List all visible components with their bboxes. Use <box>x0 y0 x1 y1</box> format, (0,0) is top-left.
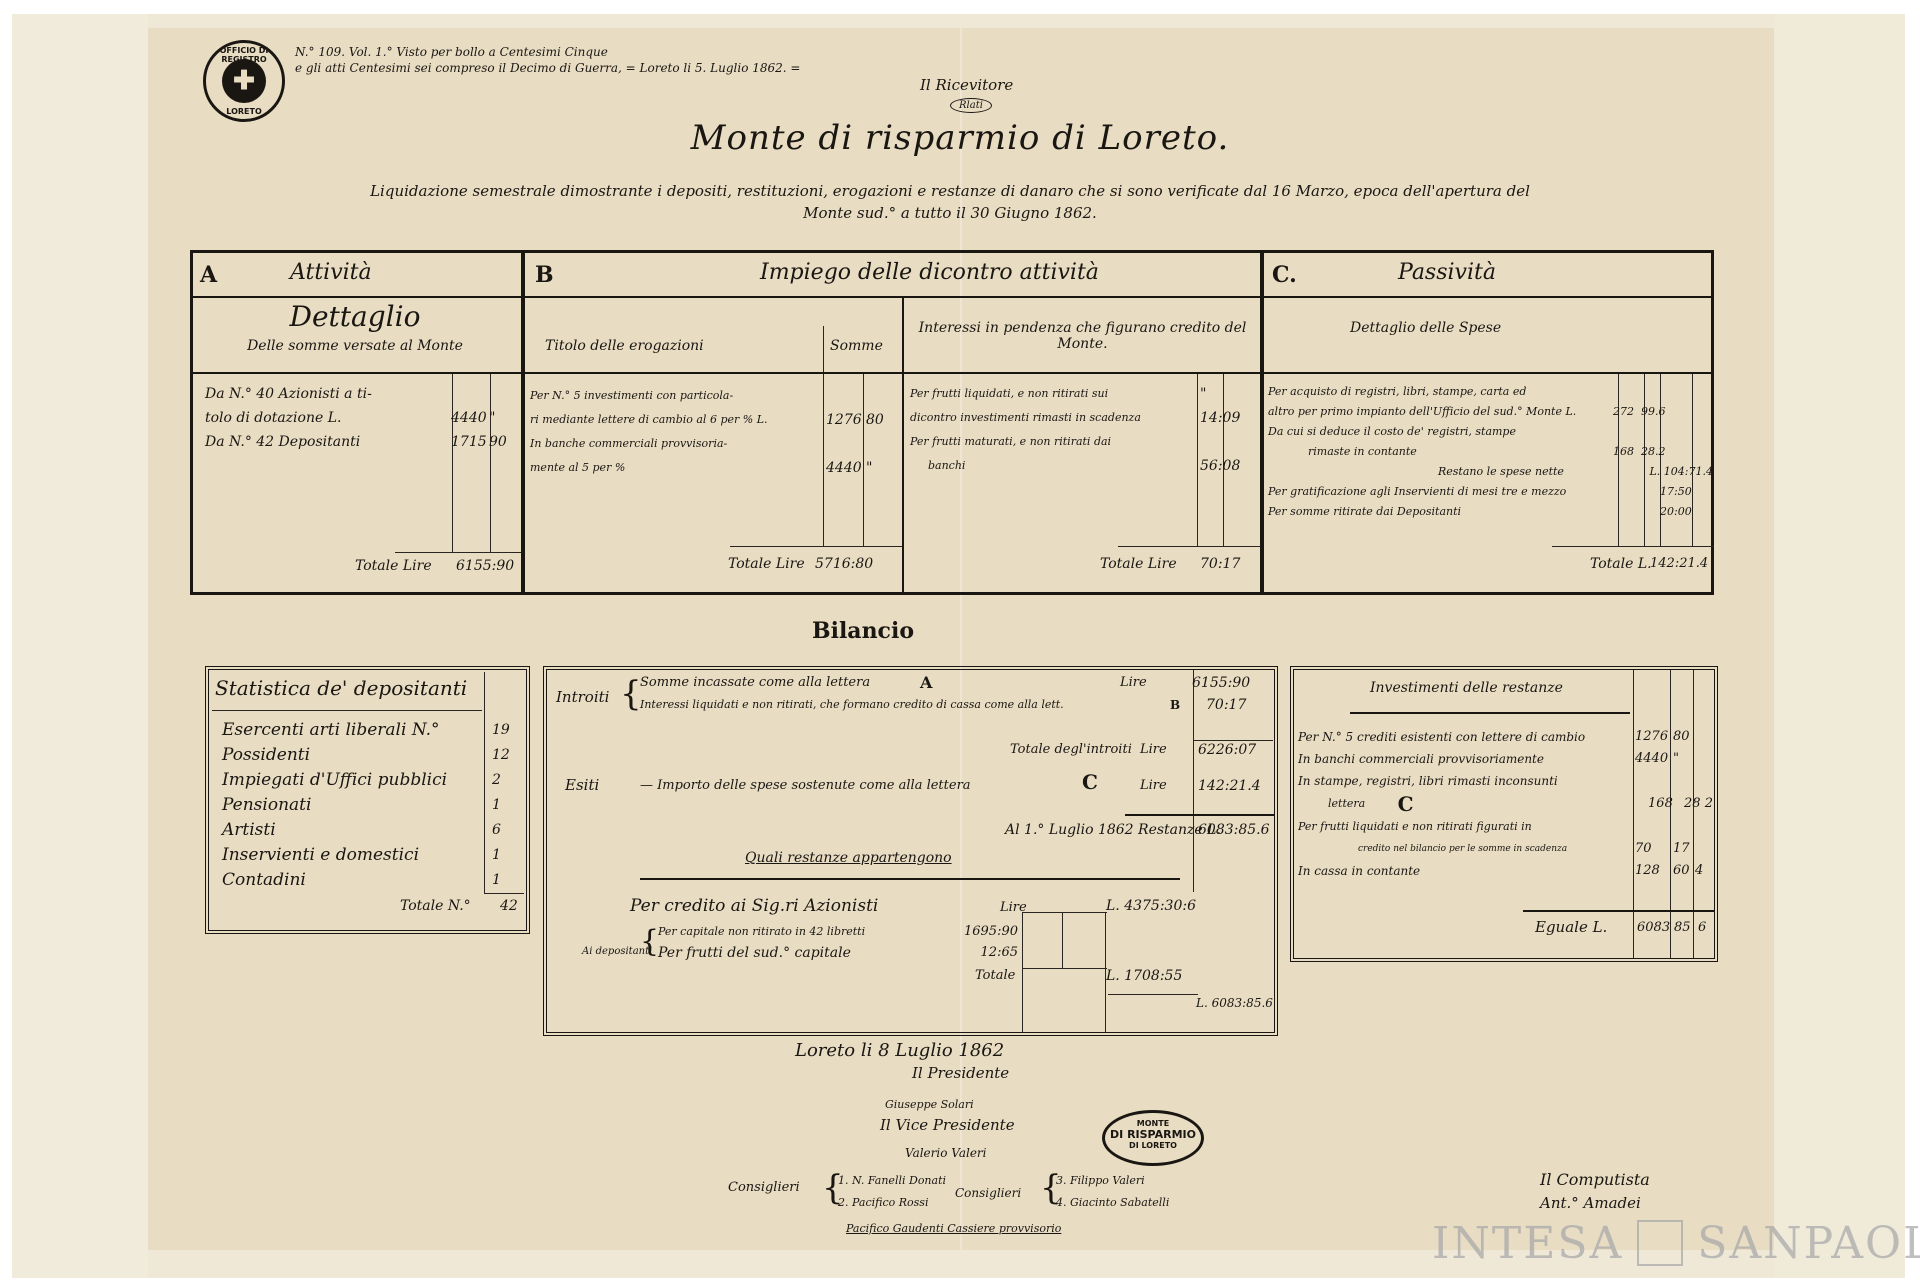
section-a-total-value: 6155:90 <box>456 558 514 574</box>
stamp-ring-bottom: LORETO <box>206 107 282 116</box>
section-c-title: Passività <box>1398 260 1496 285</box>
restanze-value: 6083:85.6 <box>1198 822 1270 838</box>
registry-note-line2: e gli atti Centesimi sei compreso il Dec… <box>295 60 1055 76</box>
investimenti-rows: Per N.° 5 crediti esistenti con lettere … <box>1298 726 1713 882</box>
bilancio-introiti-rule <box>1193 740 1273 741</box>
appartengono-rule <box>640 878 1180 880</box>
depositanti-brace: { <box>640 922 659 962</box>
registry-note: N.° 109. Vol. 1.° Visto per bollo a Cent… <box>295 44 1055 76</box>
section-b-interessi-total-value: 70:17 <box>1200 556 1240 572</box>
totale-introiti-value: 6226:07 <box>1198 742 1256 758</box>
statistica-total-value: 42 <box>500 898 518 914</box>
section-a-subheading: Delle somme versate al Monte <box>190 338 520 354</box>
b-interessi-total-rule <box>1118 546 1260 547</box>
statistica-total-label: Totale N.° <box>400 898 471 914</box>
registry-note-line1: N.° 109. Vol. 1.° Visto per bollo a Cent… <box>295 44 1055 60</box>
consiglieri-right-label: Consiglieri <box>955 1186 1021 1200</box>
section-b-letter: B <box>535 262 554 288</box>
table-row: Per frutti liquidati e non ritirati figu… <box>1298 816 1713 838</box>
table-row: Per N.° 5 crediti esistenti con lettere … <box>1298 726 1713 748</box>
esiti-text: — Importo delle spese sostenute come all… <box>640 778 971 793</box>
presidente-name: Giuseppe Solari <box>885 1098 974 1111</box>
table-row: Per N.° 5 investimenti con particola- <box>530 384 900 408</box>
section-b-erogazioni-total-value: 5716:80 <box>815 556 873 572</box>
monte-stamp-line3: DI LORETO <box>1105 1141 1201 1150</box>
esiti-unit: Lire <box>1140 778 1167 793</box>
statistica-total-rule <box>484 893 524 894</box>
section-b-col2-head: Somme <box>830 338 883 354</box>
investimenti-total-a: 6083 <box>1637 920 1670 935</box>
table-row: Da N.° 42 Depositanti 1715 90 <box>205 430 515 454</box>
table-row: credito nel bilancio per le somme in sca… <box>1298 838 1713 860</box>
section-c-letter: C. <box>1272 262 1297 288</box>
table-row: Possidenti12 <box>222 743 522 768</box>
section-a-rows: Da N.° 40 Azionisti a ti- tolo di dotazi… <box>205 382 515 454</box>
table-row: Artisti6 <box>222 818 522 843</box>
depositanti-rule-1 <box>1022 912 1023 1032</box>
section-c-total-value: 142:21.4 <box>1650 556 1708 571</box>
watermark-right: SANPAOLO <box>1697 1218 1920 1269</box>
table-row: Per acquisto di registri, libri, stampe,… <box>1268 382 1713 402</box>
esiti-letter: C <box>1082 770 1098 794</box>
section-b-col3-head: Interessi in pendenza che figurano credi… <box>905 320 1260 352</box>
vice-name: Valerio Valeri <box>905 1146 987 1160</box>
investimenti-total-label: Eguale L. <box>1535 918 1607 936</box>
depositanti-total-value: L. 1708:55 <box>1106 968 1182 984</box>
section-b-title: Impiego delle dicontro attività <box>760 260 1099 285</box>
bilancio-grand-total: L. 6083:85.6 <box>1196 996 1273 1010</box>
table-row: In banchi commerciali provvisoriamente 4… <box>1298 748 1713 770</box>
table-row: Inservienti e domestici1 <box>222 843 522 868</box>
section-c-col-head: Dettaglio delle Spese <box>1350 320 1501 336</box>
section-a-heading: Dettaglio <box>190 300 520 333</box>
statistica-title: Statistica de' depositanti <box>215 676 467 700</box>
depositanti-rows: Per capitale non ritirato in 42 libretti… <box>658 922 1018 964</box>
table-row: Interessi liquidati e non ritirati, che … <box>640 694 1275 716</box>
right-margin-strip <box>1774 14 1905 1278</box>
table-row: Per capitale non ritirato in 42 libretti… <box>658 922 1018 942</box>
table-row: lettera C 168 28 2 <box>1298 792 1713 816</box>
vice-title: Il Vice Presidente <box>880 1116 1015 1134</box>
table-row: Contadini1 <box>222 868 522 893</box>
depositanti-rule-2 <box>1062 912 1063 968</box>
section-a-total-label: Totale Lire <box>355 558 432 574</box>
section-a-letter: A <box>200 262 217 288</box>
azionisti-text: Per credito ai Sig.ri Azionisti <box>630 896 878 916</box>
investimenti-title: Investimenti delle restanze <box>1370 680 1563 696</box>
table-row: Per frutti del sud.° capitale 12:65 <box>658 942 1018 964</box>
table-row: Da N.° 40 Azionisti a ti- <box>205 382 515 406</box>
totale-introiti-unit: Lire <box>1140 742 1167 757</box>
bilancio-title: Bilancio <box>812 618 914 644</box>
divider-a-b <box>521 250 525 595</box>
place-date: Loreto li 8 Luglio 1862 <box>795 1040 1004 1061</box>
header-rule-1 <box>190 296 1714 298</box>
esiti-label: Esiti <box>565 776 599 794</box>
table-row: Restano le spese nette L. 104:71.4 <box>1268 462 1713 482</box>
investimenti-total-rule <box>1523 910 1715 912</box>
table-row: Esercenti arti liberali N.°19 <box>222 718 522 743</box>
table-row: Pensionati1 <box>222 793 522 818</box>
table-row: In stampe, registri, libri rimasti incon… <box>1298 770 1713 792</box>
introiti-rows: Somme incassate come alla lettera A Lire… <box>640 672 1275 716</box>
totale-introiti-label: Totale degl'introiti <box>1010 742 1132 757</box>
depositanti-total-rule <box>1022 968 1107 969</box>
table-row: Per gratificazione agli Inservienti di m… <box>1268 482 1713 502</box>
computista-title: Il Computista <box>1540 1170 1650 1189</box>
cross-shield-icon: ✚ <box>222 59 266 103</box>
section-c-total-label: Totale L. <box>1590 556 1652 572</box>
statistica-title-rule <box>212 710 482 711</box>
section-b-erogazioni-total-label: Totale Lire <box>728 556 805 572</box>
table-row: dicontro investimenti rimasti in scadenz… <box>910 406 1255 430</box>
stamp-ring-top: OFFICIO DI REGISTRO <box>206 46 282 64</box>
subtitle-line1: Liquidazione semestrale dimostrante i de… <box>200 180 1700 202</box>
bilancio-esiti-rule <box>1125 814 1275 816</box>
grand-total-rule <box>1108 994 1198 995</box>
left-margin-strip <box>12 14 148 1278</box>
header-rule-2 <box>190 372 1714 374</box>
table-row: Da cui si deduce il costo de' registri, … <box>1268 422 1713 442</box>
arches-logo-icon <box>1637 1220 1683 1266</box>
computista-name: Ant.° Amadei <box>1540 1194 1641 1212</box>
azionisti-value: L. 4375:30:6 <box>1106 898 1196 914</box>
cassiere-signature: Pacifico Gaudenti Cassiere provvisorio <box>846 1222 1061 1235</box>
consigliere-2: 2. Pacifico Rossi <box>838 1192 946 1214</box>
consigliere-3: 3. Filippo Valeri <box>1056 1170 1169 1192</box>
presidente-title: Il Presidente <box>912 1064 1009 1082</box>
table-row: mente al 5 per % 4440 " <box>530 456 900 480</box>
c-total-rule <box>1552 546 1714 547</box>
table-row: tolo di dotazione L. 4440 " <box>205 406 515 430</box>
restanze-label: Al 1.° Luglio 1862 Restanze L. <box>1005 822 1221 838</box>
section-b-interessi-total-label: Totale Lire <box>1100 556 1177 572</box>
section-b-erogazioni: Per N.° 5 investimenti con particola- ri… <box>530 384 900 480</box>
esiti-value: 142:21.4 <box>1198 778 1261 794</box>
table-row: rimaste in contante 168 28.2 <box>1268 442 1713 462</box>
consiglieri-left-list: 1. N. Fanelli Donati 2. Pacifico Rossi <box>838 1170 946 1214</box>
table-row: altro per primo impianto dell'Ufficio de… <box>1268 402 1713 422</box>
depositanti-total-label: Totale <box>975 968 1015 983</box>
table-row: In banche commerciali provvisoria- <box>530 432 900 456</box>
divider-b-cols <box>902 298 904 595</box>
consigliere-1: 1. N. Fanelli Donati <box>838 1170 946 1192</box>
table-row: Per somme ritirate dai Depositanti 20:00 <box>1268 502 1713 522</box>
section-b-interessi: Per frutti liquidati, e non ritirati sui… <box>910 382 1255 478</box>
a-total-rule <box>395 552 521 553</box>
investimenti-total-b: 85 <box>1674 920 1691 935</box>
table-row: Per frutti liquidati, e non ritirati sui… <box>910 382 1255 406</box>
introiti-brace: { <box>620 674 642 714</box>
consiglieri-left-label: Consiglieri <box>728 1180 800 1195</box>
section-a-title: Attività <box>290 260 372 285</box>
monte-stamp-line2: DI RISPARMIO <box>1105 1128 1201 1141</box>
consiglieri-right-list: 3. Filippo Valeri 4. Giacinto Sabatelli <box>1056 1170 1169 1214</box>
registry-initials: Rlati <box>950 98 992 113</box>
divider-b-c <box>1260 250 1264 595</box>
section-c-rows: Per acquisto di registri, libri, stampe,… <box>1268 382 1713 522</box>
watermark-left: INTESA <box>1432 1218 1623 1269</box>
investimenti-title-rule <box>1350 712 1630 714</box>
registry-stamp: OFFICIO DI REGISTRO ✚ LORETO <box>203 40 285 122</box>
page-title: Monte di risparmio di Loreto. <box>0 118 1920 158</box>
table-row: banchi 56:08 <box>910 454 1255 478</box>
watermark: INTESASANPAOLO <box>1432 1218 1920 1270</box>
depositanti-top-rule <box>1022 912 1107 913</box>
table-row: ri mediante lettere di cambio al 6 per %… <box>530 408 900 432</box>
section-b-col1-head: Titolo delle erogazioni <box>545 338 704 354</box>
appartengono-title: Quali restanze appartengono <box>745 850 952 866</box>
b-somme-head-rule <box>823 326 824 372</box>
b-total-rule <box>730 546 902 547</box>
page-subtitle: Liquidazione semestrale dimostrante i de… <box>200 180 1700 224</box>
consigliere-4: 4. Giacinto Sabatelli <box>1056 1192 1169 1214</box>
monte-stamp: MONTE DI RISPARMIO DI LORETO <box>1102 1110 1204 1166</box>
table-row: Impiegati d'Uffici pubblici2 <box>222 768 522 793</box>
registry-signature: Il Ricevitore <box>920 76 1013 94</box>
statistica-rows: Esercenti arti liberali N.°19 Possidenti… <box>222 718 522 893</box>
introiti-label: Introiti <box>556 688 609 706</box>
table-row: In cassa in contante 128 60 4 <box>1298 860 1713 882</box>
table-row: Per frutti maturati, e non ritirati dai <box>910 430 1255 454</box>
investimenti-total-c: 6 <box>1698 920 1706 935</box>
subtitle-line2: Monte sud.° a tutto il 30 Giugno 1862. <box>200 202 1700 224</box>
monte-stamp-line1: MONTE <box>1105 1119 1201 1128</box>
table-row: Somme incassate come alla lettera A Lire… <box>640 672 1275 694</box>
